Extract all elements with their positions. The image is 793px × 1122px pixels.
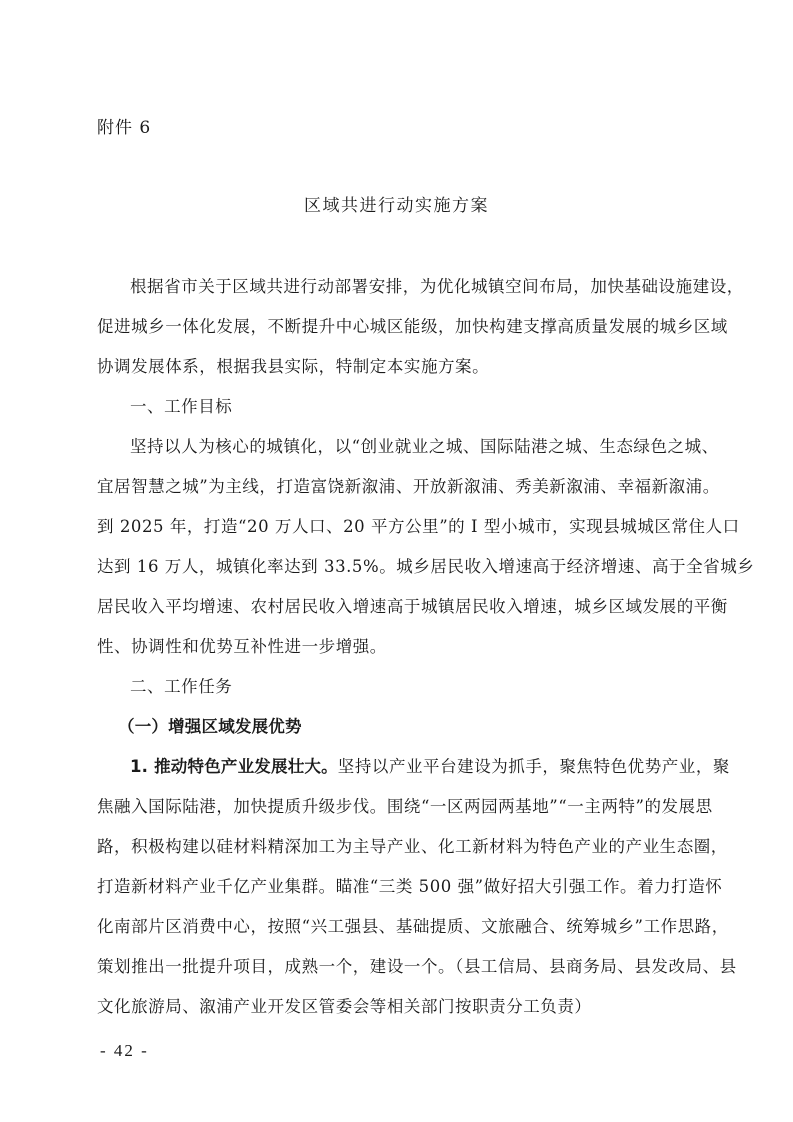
paragraph-line: 文化旅游局、溆浦产业开发区管委会等相关部门按职责分工负责） bbox=[97, 995, 697, 1019]
document-page: 附件 6 区域共进行动实施方案 根据省市关于区域共进行动部署安排，为优化城镇空间… bbox=[0, 0, 793, 1122]
paragraph-line: 焦融入国际陆港，加快提质升级步伐。围绕“一区两园两基地”“一主两特”的发展思 bbox=[97, 795, 697, 819]
paragraph-line: 路，积极构建以硅材料精深加工为主导产业、化工新材料为特色产业的产业生态圈， bbox=[97, 835, 697, 859]
paragraph-line: 到 2025 年，打造“20 万人口、20 平方公里”的 I 型小城市，实现县城… bbox=[97, 515, 697, 539]
subsection-heading: （一）增强区域发展优势 bbox=[118, 715, 718, 739]
paragraph-line-with-lead: 1. 推动特色产业发展壮大。坚持以产业平台建设为抓手，聚焦特色优势产业，聚 bbox=[130, 755, 730, 779]
paragraph-line: 居民收入平均增速、农村居民收入增速高于城镇居民收入增速，城乡区域发展的平衡 bbox=[97, 595, 697, 619]
paragraph-line: 协调发展体系，根据我县实际，特制定本实施方案。 bbox=[97, 355, 697, 379]
paragraph-line: 达到 16 万人，城镇化率达到 33.5%。城乡居民收入增速高于经济增速、高于全… bbox=[97, 555, 697, 579]
paragraph-line: 性、协调性和优势互补性进一步增强。 bbox=[97, 635, 697, 659]
paragraph-line: 坚持以人为核心的城镇化，以“创业就业之城、国际陆港之城、生态绿色之城、 bbox=[130, 435, 730, 459]
paragraph-line: 化南部片区消费中心，按照“兴工强县、基础提质、文旅融合、统筹城乡”工作思路， bbox=[97, 915, 697, 939]
item-lead-bold: 1. 推动特色产业发展壮大。 bbox=[130, 757, 338, 776]
paragraph-line: 根据省市关于区域共进行动部署安排，为优化城镇空间布局，加快基础设施建设， bbox=[130, 275, 730, 299]
section-heading-2: 二、工作任务 bbox=[130, 675, 730, 699]
item-text: 坚持以产业平台建设为抓手，聚焦特色优势产业，聚 bbox=[338, 757, 730, 776]
document-title: 区域共进行动实施方案 bbox=[0, 191, 793, 216]
section-heading-1: 一、工作目标 bbox=[130, 395, 730, 419]
paragraph-line: 促进城乡一体化发展，不断提升中心城区能级，加快构建支撑高质量发展的城乡区域 bbox=[97, 315, 697, 339]
paragraph-line: 打造新材料产业千亿产业集群。瞄准“三类 500 强”做好招大引强工作。着力打造怀 bbox=[97, 875, 697, 899]
page-number: - 42 - bbox=[100, 1041, 149, 1061]
paragraph-line: 策划推出一批提升项目，成熟一个，建设一个。（县工信局、县商务局、县发改局、县 bbox=[97, 955, 697, 979]
paragraph-line: 宜居智慧之城”为主线，打造富饶新溆浦、开放新溆浦、秀美新溆浦、幸福新溆浦。 bbox=[97, 475, 697, 499]
attachment-label: 附件 6 bbox=[97, 113, 151, 138]
